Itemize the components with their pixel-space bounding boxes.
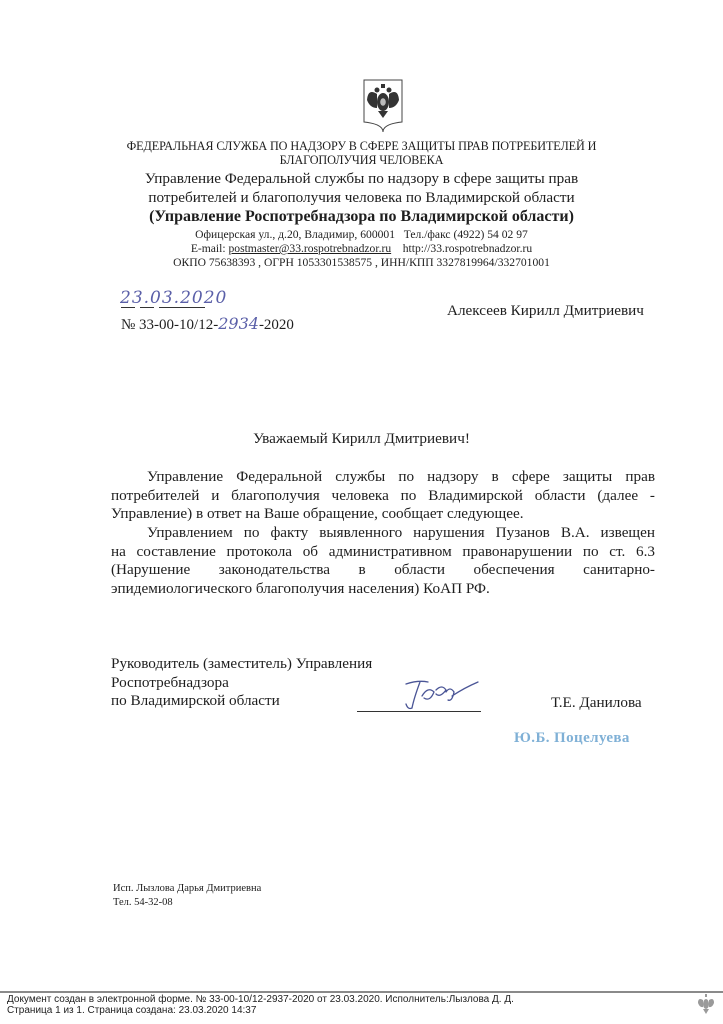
salutation: Уважаемый Кирилл Дмитриевич! bbox=[0, 430, 723, 449]
email-label: E-mail: bbox=[191, 242, 229, 255]
russian-coat-of-arms-icon bbox=[362, 78, 404, 134]
coat-of-arms-emblem bbox=[362, 78, 404, 134]
executor-name: Исп. Лызлова Дарья Дмитриевна bbox=[113, 882, 261, 896]
handwritten-number: 2934 bbox=[218, 314, 259, 333]
contacts-line: E-mail: postmaster@33.rospotrebnadzor.ru… bbox=[0, 242, 723, 256]
address-line: Офицерская ул., д.20, Владимир, 600001 Т… bbox=[0, 228, 723, 242]
phone-fax: Тел./факс (4922) 54 02 97 bbox=[404, 228, 528, 241]
handwritten-date: 23.03.2020 bbox=[120, 288, 227, 308]
paragraph-line: Управлением по факту выявленного нарушен… bbox=[111, 524, 655, 543]
signer-position: Руководитель (заместитель) Управления Ро… bbox=[111, 655, 372, 711]
paragraph-line: эпидемиологического благополучия населен… bbox=[111, 580, 655, 599]
footer-divider bbox=[0, 991, 723, 993]
signature-scribble-icon bbox=[398, 676, 488, 712]
registration-codes: ОКПО 75638393 , ОГРН 1053301538575 , ИНН… bbox=[0, 256, 723, 270]
paragraph-violation-notice: Управлением по факту выявленного нарушен… bbox=[111, 524, 655, 598]
small-coat-of-arms-icon bbox=[697, 993, 715, 1015]
position-line: по Владимирской области bbox=[111, 692, 372, 711]
service-name-line2: БЛАГОПОЛУЧИЯ ЧЕЛОВЕКА bbox=[0, 153, 723, 167]
signature-line bbox=[357, 711, 481, 712]
number-suffix: -2020 bbox=[259, 317, 294, 333]
footer-info: Документ создан в электронной форме. № 3… bbox=[7, 994, 514, 1016]
footer-line1: Документ создан в электронной форме. № 3… bbox=[7, 994, 514, 1005]
footer-emblem bbox=[697, 993, 715, 1020]
paragraph-line: на составление протокола об администрати… bbox=[111, 543, 655, 562]
stamp-name: Ю.Б. Поцелуева bbox=[514, 730, 630, 747]
date-year-underline bbox=[159, 307, 205, 308]
service-name-line1: ФЕДЕРАЛЬНАЯ СЛУЖБА ПО НАДЗОРУ В СФЕРЕ ЗА… bbox=[0, 139, 723, 153]
office-name-line1: Управление Федеральной службы по надзору… bbox=[0, 169, 723, 188]
date-day-underline bbox=[121, 307, 135, 308]
address: Офицерская ул., д.20, Владимир, 600001 bbox=[195, 228, 395, 241]
executor-info: Исп. Лызлова Дарья Дмитриевна Тел. 54-32… bbox=[113, 882, 261, 910]
paragraph-line: Управление) в ответ на Ваше обращение, с… bbox=[111, 505, 655, 524]
signer-name: Т.Е. Данилова bbox=[551, 694, 642, 713]
email-link[interactable]: postmaster@33.rospotrebnadzor.ru bbox=[228, 242, 391, 255]
paragraph-response-intro: Управление Федеральной службы по надзору… bbox=[111, 468, 655, 524]
paragraph-line: потребителей и благополучия человека по … bbox=[111, 487, 655, 506]
office-short-name: (Управление Роспотребнадзора по Владимир… bbox=[0, 207, 723, 226]
paragraph-line: (Нарушение законодательства в области об… bbox=[111, 561, 655, 580]
executor-phone: Тел. 54-32-08 bbox=[113, 896, 261, 910]
position-line: Руководитель (заместитель) Управления bbox=[111, 655, 372, 674]
recipient-name: Алексеев Кирилл Дмитриевич bbox=[447, 302, 644, 321]
website-link[interactable]: http://33.rospotrebnadzor.ru bbox=[403, 242, 532, 255]
footer-line2: Страница 1 из 1. Страница создана: 23.03… bbox=[7, 1005, 514, 1016]
office-name-line2: потребителей и благополучия человека по … bbox=[0, 188, 723, 207]
paragraph-line: Управление Федеральной службы по надзору… bbox=[111, 468, 655, 487]
position-line: Роспотребнадзора bbox=[111, 674, 372, 693]
outgoing-number: № 33-00-10/12-2934-2020 bbox=[121, 315, 294, 335]
number-prefix: № 33-00-10/12- bbox=[121, 317, 218, 333]
date-month-underline bbox=[140, 307, 154, 308]
